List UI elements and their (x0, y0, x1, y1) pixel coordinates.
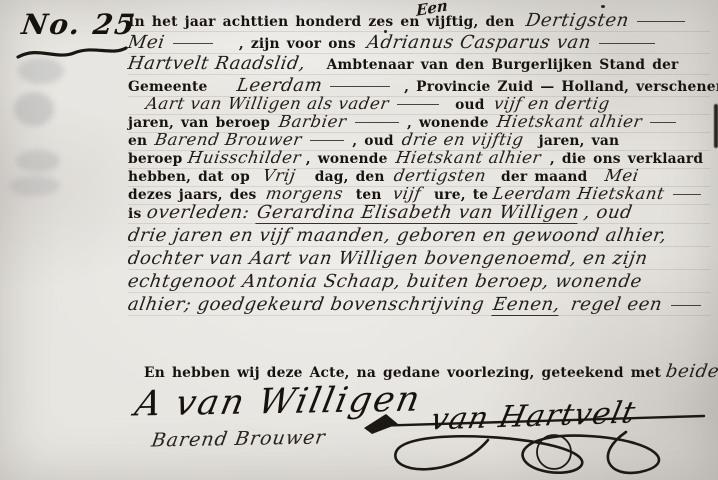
handwritten-witness2-age: drie en vijftig (400, 130, 525, 149)
printed-text: hebben, dat op (128, 169, 250, 185)
ink-dash (330, 86, 390, 87)
act-line-12: drie jaren en vijf maanden, geboren en g… (128, 226, 710, 247)
handwritten-registration-month: Mei (126, 33, 166, 52)
act-line-14: echtgenoot Antonia Schaap, buiten beroep… (128, 272, 710, 293)
printed-text: is (128, 206, 141, 222)
handwritten-approval-word: Eenen, (492, 295, 562, 316)
handwritten-approval-note: alhier; goedgekeurd bovenschrijving (126, 295, 485, 314)
printed-text: , zijn voor ons (239, 36, 356, 52)
printed-text: , die ons verklaard (550, 151, 703, 167)
ink-dash (599, 43, 655, 44)
death-record-scan: No. 25 In het jaar achttien honderd zes … (0, 0, 718, 480)
signature-official: van Hartvelt (427, 395, 639, 437)
handwritten-witness2-name: Barend Brouwer (154, 130, 304, 149)
handwritten-municipality: Leerdam (235, 76, 323, 95)
printed-text: , wonende (407, 115, 489, 131)
handwritten-official-name: Adrianus Casparus van (365, 33, 592, 52)
act-line-11: is overleden: Gerardina Elisabeth van Wi… (128, 203, 710, 224)
handwritten-registration-day: Dertigsten (524, 11, 630, 30)
margin-smudge (10, 176, 60, 196)
act-line-2: Mei , zijn voor ons Adrianus Casparus va… (128, 33, 710, 54)
handwritten-witness1-residence: Hietskant alhier (495, 112, 643, 131)
ink-dash (397, 104, 439, 105)
handwritten-time-of-day: morgens (264, 184, 344, 203)
handwritten-deceased-name: Gerardina Elisabeth van Willigen (255, 203, 580, 224)
printed-text: Gemeente (128, 79, 208, 95)
printed-text: der maand (501, 169, 587, 185)
ink-dash (671, 305, 701, 306)
handwritten-death-weekday: Vrij (262, 166, 298, 185)
handwritten-parentage-father: dochter van Aart van Willigen bovengenoe… (126, 249, 649, 268)
handwritten-parentage-mother: echtgenoot Antonia Schaap, buiten beroep… (126, 272, 643, 291)
handwritten-death-month: Mei (603, 166, 640, 185)
act-line-1: In het jaar achttien honderd zes en vijf… (128, 11, 710, 32)
handwritten-approval-note: regel een (570, 295, 664, 314)
printed-text: jaren, van beroep (128, 115, 270, 131)
handwritten-witness2-residence: Hietskant alhier (394, 148, 542, 167)
closing-line: En hebben wij deze Acte, na gedane voorl… (144, 362, 718, 383)
printed-text: Ambtenaar van den Burgerlijken Stand der (327, 57, 679, 73)
printed-text: dag, den (315, 169, 385, 185)
printed-text: dezes jaars, des (128, 187, 257, 203)
printed-text: , Provincie Zuid — Holland, verschenen : (404, 79, 718, 95)
printed-text: ten (356, 187, 382, 203)
handwritten-death-place: Leerdam Hietskant (492, 184, 667, 203)
printed-text: En hebben wij deze Acte, na gedane voorl… (144, 365, 661, 381)
ink-dash (673, 194, 701, 195)
handwritten-deceased-age: drie jaren en vijf maanden, geboren en g… (126, 226, 668, 245)
handwritten-official-name: Hartvelt Raadslid, (126, 54, 307, 73)
printed-text: en (128, 133, 147, 149)
ink-speck (601, 5, 605, 8)
handwritten-witness2-occupation: Huisschilder (186, 148, 302, 167)
handwritten-death-day: dertigsten (392, 166, 487, 185)
handwritten-text: , oud (583, 203, 634, 222)
signature-witness2: Barend Brouwer (150, 426, 327, 451)
ink-dash (637, 21, 685, 22)
ink-dash (355, 122, 399, 123)
handwritten-closing: beide de Getuigen. (665, 362, 718, 381)
margin-smudge (16, 150, 60, 172)
printed-text: In het jaar achttien honderd zes en vijf… (128, 14, 515, 30)
act-line-15: alhier; goedgekeurd bovenschrijving Eene… (128, 295, 710, 316)
handwritten-overleden: overleden: (145, 203, 251, 222)
handwritten-hour: vijf (391, 184, 422, 203)
printed-text: beroep (128, 151, 183, 167)
scan-edge-mark (714, 104, 718, 148)
act-line-13: dochter van Aart van Willigen bovengenoe… (128, 249, 710, 270)
handwritten-witness1-age: vijf en dertig (492, 94, 611, 113)
ink-dash (310, 140, 344, 141)
ink-dash (173, 43, 213, 44)
printed-text: oud (455, 97, 484, 113)
printed-text: , oud (352, 133, 394, 149)
ink-dash (650, 122, 676, 123)
printed-text: jaren, van (539, 133, 620, 149)
printed-text: , wonende (306, 151, 388, 167)
printed-text: ure, te (434, 187, 488, 203)
act-line-3: Hartvelt Raadslid, Ambtenaar van den Bur… (128, 54, 710, 75)
record-number-flourish (16, 44, 128, 62)
margin-smudge (14, 92, 54, 126)
handwritten-witness1-occupation: Barbier (278, 112, 349, 131)
handwritten-witness1-name: Aart van Willigen als vader (144, 94, 390, 113)
record-number: No. 25 (20, 8, 139, 41)
